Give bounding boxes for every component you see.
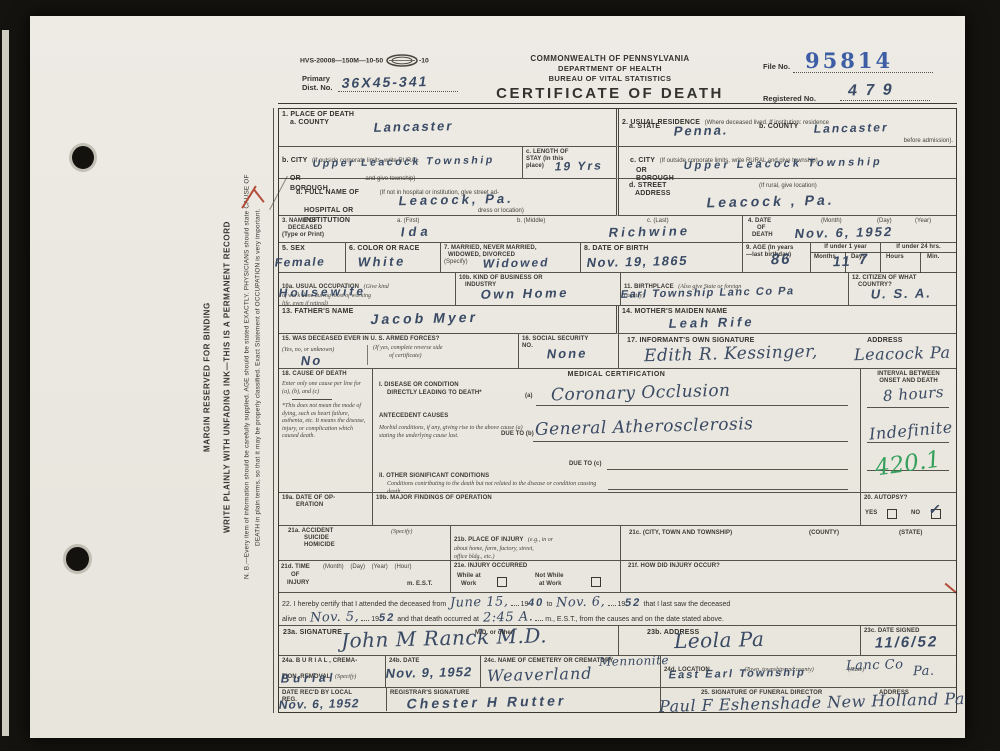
field-injury-city: 21c. (CITY, TOWN AND TOWNSHIP) (COUNTY) … (621, 526, 956, 561)
last-alive-year: 52 (378, 612, 396, 624)
cause-b-value: General Atherosclerosis (535, 414, 754, 440)
registered-no-value: 4 7 9 (847, 82, 896, 101)
last-alive-value: Nov. 5, (310, 609, 360, 625)
field-length-of-stay: c. LENGTH OF STAY (In this place) 19 Yrs (523, 147, 619, 179)
header-commonwealth: COMMONWEALTH OF PENNSYLVANIA (460, 54, 760, 63)
interval-b-line (867, 442, 949, 443)
field-physician-signature: 23a. SIGNATURE John M Ranck M.D. M.D. or… (279, 626, 619, 656)
age-days-value: 7 (858, 251, 871, 268)
last-name-value: Richwine (608, 223, 692, 240)
father-name-value: Jacob Myer (370, 309, 480, 327)
cause-c-line (607, 469, 848, 470)
burial-location-state: Pa. (913, 664, 935, 680)
field-sex: 5. SEX Female (279, 243, 346, 273)
field-name-of-deceased: 3. NAME OF DECEASED (Type or Print) a. (… (279, 216, 743, 243)
medical-certification-title: MEDICAL CERTIFICATION (373, 371, 860, 379)
field-cemetery: 24c. NAME OF CEMETERY OR CREMATORY Weave… (481, 656, 661, 688)
autopsy-no-check-mark: ✓ (928, 501, 944, 518)
interval-a-line (867, 407, 949, 408)
field-occupation: 10a. USUAL OCCUPATION (Give kind of work… (279, 273, 456, 306)
business-value: Own Home (480, 285, 571, 302)
first-name-value: Ida (400, 224, 433, 240)
ssn-value: None (546, 346, 589, 362)
field-date-signed: 23c. DATE SIGNED 11/6/52 (861, 626, 956, 656)
field-injury-occurred: 21e. INJURY OCCURRED While at Work Not W… (451, 561, 621, 593)
field-place-city: b. CITY (If outside corporate limits, wr… (279, 147, 523, 179)
field-registrar-signature: REGISTRAR'S SIGNATURE Chester H Rutter (386, 688, 661, 711)
attended-from-value: June 15, (450, 594, 509, 611)
header-agency-block: COMMONWEALTH OF PENNSYLVANIA DEPARTMENT … (460, 54, 760, 102)
field-race: 6. COLOR OR RACE White (346, 243, 441, 273)
burial-type-value: Burial (280, 670, 337, 685)
field-time-of-injury: 21d. TIME OF INJURY (Month) (Day) (Year)… (279, 561, 451, 593)
form-number: HVS-20008—150M—10-50 -10 (300, 54, 429, 67)
cause-a-line (536, 405, 848, 406)
field-accident-suicide: 21a. ACCIDENT SUICIDE HOMICIDE (Specify) (279, 526, 451, 561)
field-residence-street: d. STREET ADDRESS (If rural, give locati… (619, 179, 956, 216)
not-while-at-work-checkbox (591, 577, 601, 587)
citizen-value: U. S. A. (870, 285, 934, 301)
file-no-stamp: 95814 (805, 48, 893, 73)
attended-to-year: 52 (624, 597, 642, 609)
margin-binding-note: MARGIN RESERVED FOR BINDING (200, 34, 214, 720)
registrar-signature-value: Chester H Rutter (405, 692, 567, 711)
margin-nb-note-line2: DEATH in plain terms, so that it may be … (253, 34, 263, 720)
cemetery-denomination-value: Mennonite (599, 653, 669, 669)
margin-nb-note-line1: N. B.—Every item of information should b… (242, 34, 252, 720)
certificate-form: 1. PLACE OF DEATH a. COUNTY Lancaster b.… (278, 108, 957, 713)
primary-dist-no-value: 36X45-341 (341, 73, 430, 91)
field-funeral-director: 25. SIGNATURE OF FUNERAL DIRECTOR ADDRES… (661, 688, 956, 711)
cause-code-value: 420.1 (874, 447, 943, 482)
while-at-work-checkbox (497, 577, 507, 587)
attended-to-value: Nov. 6, (556, 594, 606, 610)
occupation-value: Housewife (278, 284, 367, 300)
field-date-of-birth: 8. DATE OF BIRTH Nov. 19, 1865 (581, 243, 743, 273)
institution-value: Leacock, Pa. (398, 191, 516, 208)
header-bureau: BUREAU OF VITAL STATISTICS (460, 74, 760, 83)
burial-location-value: East Earl Township (668, 667, 807, 682)
field-burial-location: 24d. LOCATION (Town, township and county… (661, 656, 956, 688)
field-age: 9. AGE (In years —last birthday) 86 (743, 243, 811, 273)
field-birthplace: 11. BIRTHPLACE (Also give State or forei… (621, 273, 849, 306)
race-value: White (357, 254, 407, 270)
burial-location-county: Lanc Co (846, 657, 904, 673)
other-conditions-line (608, 489, 848, 490)
file-no-label: File No. (763, 62, 790, 71)
field-age-under-24hrs: If under 24 hrs. Hours Min. (881, 243, 956, 273)
field-business: 10b. KIND OF BUSINESS OR INDUSTRY Own Ho… (456, 273, 621, 306)
primary-dist-label: PrimaryDist. No. (302, 74, 332, 92)
margin-plainly-note: WRITE PLAINLY WITH UNFADING INK—THIS IS … (220, 34, 234, 720)
mother-name-value: Leah Rife (668, 314, 756, 331)
informant-address-value: Leacock Pa (854, 343, 951, 365)
marital-value: Widowed (482, 255, 551, 270)
field-burial-type: 24a. B U R I A L , CREMA- TION, REMOVAL … (279, 656, 386, 688)
field-place-of-death-county: 1. PLACE OF DEATH a. COUNTY Lancaster (279, 109, 619, 147)
county-value: Lancaster (373, 118, 455, 135)
field-age-under-1yr: If under 1 year Months Days 11 7 (811, 243, 881, 273)
document-title: CERTIFICATE OF DEATH (460, 85, 760, 102)
field-certification-statement: 22. I hereby certify that I attended the… (279, 593, 956, 626)
autopsy-yes-checkbox (887, 509, 897, 519)
cause-col-rule (292, 399, 332, 400)
cause-a-value: Coronary Occlusion (551, 381, 731, 406)
field-ssn: 16. SOCIAL SECURITY NO. None (519, 334, 619, 369)
field-interval-col: INTERVAL BETWEEN ONSET AND DEATH 8 hours… (861, 369, 956, 493)
field-medical-certification: MEDICAL CERTIFICATION I. DISEASE OR COND… (373, 369, 861, 493)
field-operation-findings: 19b. MAJOR FINDINGS OF OPERATION (373, 493, 861, 526)
primary-dist-no: 36X45-341 (342, 74, 429, 92)
field-how-injury: 21f. HOW DID INJURY OCCUR? (621, 561, 956, 593)
field-residence-city: c. CITY (If outside corporate limits, wr… (619, 147, 956, 179)
informant-signature-value: Edith R. Kessinger, (644, 342, 818, 367)
field-marital-status: 7. MARRIED, NEVER MARRIED, WIDOWED, DIVO… (441, 243, 581, 273)
field-date-of-death: 4. DATE OF DEATH (Month) (Day) (Year) No… (743, 216, 956, 243)
field-physician-address: 23b. ADDRESS Leola Pa (619, 626, 861, 656)
interval-a-value: 8 hours (882, 383, 944, 405)
attended-from-year: 40 (527, 597, 545, 609)
punch-hole-top (72, 146, 94, 169)
scan-background: MARGIN RESERVED FOR BINDING WRITE PLAINL… (0, 0, 1000, 751)
field-burial-date: 24b. DATE Nov. 9, 1952 (386, 656, 481, 688)
hours-min-divider (920, 252, 921, 273)
punch-hole-bottom (66, 547, 89, 571)
state-seal-icon (385, 54, 419, 67)
date-of-death-value: Nov. 6, 1952 (794, 224, 895, 241)
cemetery-value: Weaverland (487, 664, 593, 686)
residence-county-value: Lancaster (813, 120, 890, 136)
sex-value: Female (274, 254, 327, 269)
header-department: DEPARTMENT OF HEALTH (460, 64, 760, 73)
length-of-stay-value: 19 Yrs (554, 159, 604, 174)
field-armed-forces: 15. WAS DECEASED EVER IN U. S. ARMED FOR… (279, 334, 519, 369)
physician-signature-value: John M Ranck M.D. (341, 623, 548, 652)
registered-no: 4 7 9 (848, 82, 894, 100)
age-months-value: 11 (832, 253, 853, 269)
registered-no-label: Registered No. (763, 94, 816, 103)
field-place-of-injury: 21b. PLACE OF INJURY (e.g., in or about … (451, 526, 621, 561)
age-value: 86 (770, 251, 793, 268)
armed-forces-value: No (300, 353, 324, 368)
armed-forces-divider (367, 345, 368, 365)
field-institution: d. FULL NAME OF (If not in hospital or i… (279, 179, 619, 216)
residence-street-value: Leacock , Pa. (706, 192, 837, 211)
field-citizen: 12. CITIZEN OF WHAT COUNTRY? U. S. A. (849, 273, 956, 306)
field-cause-of-death-col: 18. CAUSE OF DEATH Enter only one cause … (279, 369, 373, 493)
field-mother-name: 14. MOTHER'S MAIDEN NAME Leah Rife (619, 306, 956, 334)
file-no-rule (793, 72, 933, 73)
dist-no-rule (338, 91, 458, 92)
field-father-name: 13. FATHER'S NAME Jacob Myer (279, 306, 619, 334)
registered-no-rule (840, 100, 930, 101)
field-informant: 17. INFORMANT'S OWN SIGNATURE ADDRESS Ed… (619, 334, 956, 369)
residence-state-value: Penna. (673, 122, 730, 138)
physician-address-value: Leola Pa (674, 627, 765, 653)
cause-b-line (533, 441, 848, 442)
field-date-received: DATE REC'D BY LOCAL REG. Nov. 6, 1952 (279, 688, 386, 711)
file-no: 95814 (805, 48, 893, 73)
dob-value: Nov. 19, 1865 (586, 253, 690, 270)
certificate-paper: MARGIN RESERVED FOR BINDING WRITE PLAINL… (30, 16, 965, 738)
field-autopsy: 20. AUTOPSY? YES NO ✓ (861, 493, 956, 526)
date-signed-value: 11/6/52 (874, 633, 940, 651)
field-residence-state-county: 2. USUAL RESIDENCE (Where deceased lived… (619, 109, 956, 147)
burial-date-value: Nov. 9, 1952 (385, 664, 474, 681)
date-received-value: Nov. 6, 1952 (278, 696, 361, 712)
interval-b-value: Indefinite (868, 417, 953, 443)
adjacent-page-edge (2, 30, 9, 736)
field-date-of-operation: 19a. DATE OF OP- ERATION (279, 493, 373, 526)
